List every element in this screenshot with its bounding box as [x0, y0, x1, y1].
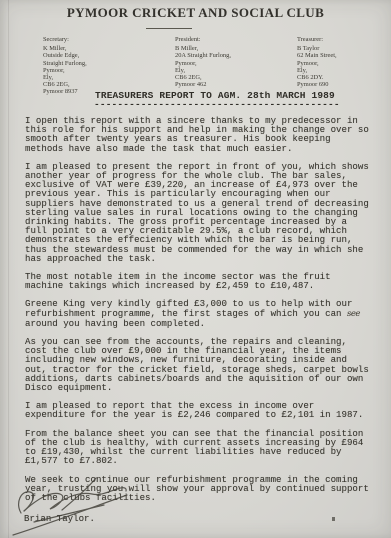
- report-paragraph: Greene King very kindly gifted £3,000 to…: [25, 299, 381, 328]
- report-paragraph: As you can see from the accounts, the re…: [25, 337, 381, 392]
- scanned-document-page: PYMOOR CRICKET AND SOCIAL CLUB Secretary…: [0, 0, 391, 538]
- officer-role-label: Secretary:: [43, 36, 87, 43]
- ink-speck: [332, 517, 335, 521]
- report-paragraph: We seek to continue our refurbishment pr…: [25, 475, 381, 503]
- report-body: I open this report with a sincere thanks…: [25, 116, 381, 511]
- paragraph-typed-text: around you having been completed.: [25, 318, 205, 329]
- officer-address: K Miller, Outside Edge, Straight Furlong…: [43, 45, 87, 95]
- paragraph-typed-text: Greene King very kindly gifted £3,000 to…: [25, 298, 352, 318]
- report-paragraph: The most notable item in the income sect…: [25, 272, 381, 290]
- officer-president-block: President: B Miller, 20A Straight Furlon…: [175, 36, 231, 88]
- title-underline: ----------------------------------------…: [94, 99, 340, 110]
- header-rule: [146, 28, 192, 29]
- handwritten-correction: see: [347, 309, 360, 319]
- report-paragraph: I am pleased to present the report in fr…: [25, 162, 381, 263]
- officer-role-label: President:: [175, 36, 231, 43]
- officer-address: B Taylor 62 Main Street, Pymoor, Ely, CB…: [297, 45, 337, 88]
- club-name-heading: PYMOOR CRICKET AND SOCIAL CLUB: [0, 5, 391, 21]
- paper-crease: [8, 0, 9, 538]
- officer-secretary-block: Secretary: K Miller, Outside Edge, Strai…: [43, 36, 87, 96]
- officer-address: B Miller, 20A Straight Furlong, Pymoor, …: [175, 45, 231, 88]
- officer-role-label: Treasurer:: [297, 36, 337, 43]
- report-paragraph: From the balance sheet you can see that …: [25, 429, 381, 466]
- officer-treasurer-block: Treasurer: B Taylor 62 Main Street, Pymo…: [297, 36, 337, 88]
- report-paragraph: I am pleased to report that the excess i…: [25, 401, 381, 419]
- report-paragraph: I open this report with a sincere thanks…: [25, 116, 381, 153]
- typed-signature: Brian Taylor.: [24, 513, 95, 524]
